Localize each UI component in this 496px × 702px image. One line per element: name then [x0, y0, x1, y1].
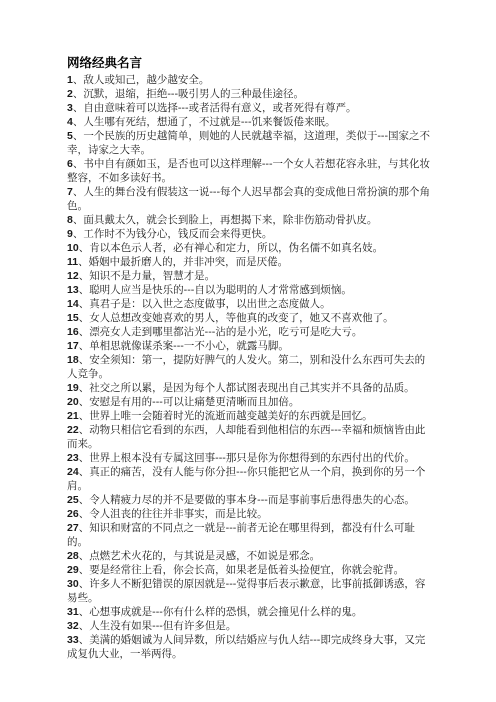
quote-text: 社交之所以累，是因为每个人都试图表现出自己其实并不具备的品质。 — [89, 382, 415, 394]
quote-separator: 、 — [79, 242, 90, 254]
quote-text: 工作时不为钱分心，钱反而会来得更快。 — [83, 228, 272, 240]
quote-item: 21、世界上唯一会随着时光的流逝而越变越美好的东西就是回忆。 — [67, 409, 432, 423]
quote-number: 22 — [67, 424, 79, 436]
quote-separator: 、 — [73, 186, 84, 198]
quote-text: 肯以本色示人者，必有禅心和定力，所以，伪名儒不如真名妓。 — [89, 242, 383, 254]
quote-separator: 、 — [79, 396, 90, 408]
quote-number: 28 — [67, 550, 79, 562]
quote-item: 33、美满的婚姻诚为人间异数，所以结婚应与仇人结---即完成终身大事，又完成复仇… — [67, 633, 432, 661]
quote-separator: 、 — [79, 340, 90, 352]
quote-item: 7、人生的舞台没有假装这一说---每个人迟早都会真的变成他日常扮演的那个角色。 — [67, 185, 432, 213]
quote-item: 8、面具戴太久，就会长到脸上，再想揭下来，除非伤筋动骨扒皮。 — [67, 213, 432, 227]
quote-separator: 、 — [79, 284, 90, 296]
quote-separator: 、 — [79, 578, 90, 590]
quote-separator: 、 — [79, 326, 90, 338]
quote-separator: 、 — [79, 382, 90, 394]
quote-number: 14 — [67, 298, 79, 310]
quote-item: 6、书中自有颜如玉，是否也可以这样理解---一个女人若想花容永驻，与其化妆整容，… — [67, 157, 432, 185]
quote-item: 25、令人精疲力尽的并不是要做的事本身---而是事前事后患得患失的心态。 — [67, 493, 432, 507]
quote-separator: 、 — [79, 634, 90, 646]
quote-item: 9、工作时不为钱分心，钱反而会来得更快。 — [67, 227, 432, 241]
quote-item: 28、点燃艺术火花的，与其说是灵感，不如说是邪念。 — [67, 549, 432, 563]
quote-separator: 、 — [79, 354, 90, 366]
quote-number: 33 — [67, 634, 79, 646]
quote-number: 31 — [67, 606, 79, 618]
quote-item: 18、安全须知：第一，提防好脾气的人发火。第二，别和没什么东西可失去的人竞争。 — [67, 353, 432, 381]
quote-item: 10、肯以本色示人者，必有禅心和定力，所以，伪名儒不如真名妓。 — [67, 241, 432, 255]
quote-item: 2、沉默，退缩，拒绝---吸引男人的三种最佳途径。 — [67, 87, 432, 101]
quote-text: 自由意味着可以选择---或者活得有意义，或者死得有尊严。 — [83, 102, 356, 114]
quote-separator: 、 — [79, 410, 90, 422]
quote-number: 18 — [67, 354, 79, 366]
quote-item: 1、敌人或知己，越少越安全。 — [67, 73, 432, 87]
quote-number: 29 — [67, 564, 79, 576]
quote-item: 15、女人总想改变她喜欢的男人，等他真的改变了，她又不喜欢他了。 — [67, 311, 432, 325]
quote-item: 24、真正的痛苦，没有人能与你分担---你只能把它从一个肩，换到你的另一个肩。 — [67, 465, 432, 493]
quote-text: 美满的婚姻诚为人间异数，所以结婚应与仇人结---即完成终身大事，又完成复仇大业，… — [67, 634, 425, 660]
quote-separator: 、 — [79, 452, 90, 464]
quote-text: 令人精疲力尽的并不是要做的事本身---而是事前事后患得患失的心态。 — [89, 494, 415, 506]
quote-separator: 、 — [79, 522, 90, 534]
quote-text: 世界上唯一会随着时光的流逝而越变越美好的东西就是回忆。 — [89, 410, 373, 422]
quote-number: 27 — [67, 522, 79, 534]
quote-number: 12 — [67, 270, 79, 282]
quote-text: 人生哪有死结，想通了，不过就是---饥来餐饭倦来眠。 — [83, 116, 335, 128]
quote-number: 32 — [67, 620, 79, 632]
quote-item: 5、一个民族的历史越简单，则她的人民就越幸福，这道理，类似于---国家之不幸，诗… — [67, 129, 432, 157]
quote-item: 23、世界上根本没有专属这回事---那只是你为你想得到的东西付出的代价。 — [67, 451, 432, 465]
quote-text: 安全须知：第一，提防好脾气的人发火。第二，别和没什么东西可失去的人竞争。 — [67, 354, 425, 380]
quote-text: 人生没有如果---但有许多但是。 — [89, 620, 236, 632]
quote-item: 22、动物只相信它看到的东西，人却能看到他相信的东西---幸福和烦恼皆由此而来。 — [67, 423, 432, 451]
quote-text: 面具戴太久，就会长到脸上，再想揭下来，除非伤筋动骨扒皮。 — [83, 214, 377, 226]
quote-separator: 、 — [73, 228, 84, 240]
quote-separator: 、 — [79, 508, 90, 520]
quote-separator: 、 — [73, 102, 84, 114]
quote-item: 4、人生哪有死结，想通了，不过就是---饥来餐饭倦来眠。 — [67, 115, 432, 129]
quote-item: 12、知识不是力量，智慧才是。 — [67, 269, 432, 283]
quote-text: 单相思就像谋杀案---一不小心，就露马脚。 — [89, 340, 289, 352]
quote-text: 点燃艺术火花的，与其说是灵感，不如说是邪念。 — [89, 550, 320, 562]
quote-item: 26、令人沮丧的往往并非事实，而是比较。 — [67, 507, 432, 521]
quote-text: 知识不是力量，智慧才是。 — [89, 270, 215, 282]
quote-separator: 、 — [79, 424, 90, 436]
quote-item: 27、知识和财富的不同点之一就是---前者无论在哪里得到，都没有什么可耻的。 — [67, 521, 432, 549]
document-page: 网络经典名言 1、敌人或知己，越少越安全。 2、沉默，退缩，拒绝---吸引男人的… — [0, 0, 496, 702]
quote-number: 20 — [67, 396, 79, 408]
quote-text: 安慰是有用的---可以让痛楚更清晰而且加倍。 — [89, 396, 299, 408]
quote-separator: 、 — [73, 130, 84, 142]
quote-text: 婚姻中最折磨人的，并非冲突，而是厌倦。 — [89, 256, 289, 268]
quote-text: 人生的舞台没有假装这一说---每个人迟早都会真的变成他日常扮演的那个角色。 — [67, 186, 430, 212]
quote-item: 17、单相思就像谋杀案---一不小心，就露马脚。 — [67, 339, 432, 353]
page-title: 网络经典名言 — [67, 55, 432, 70]
quote-number: 23 — [67, 452, 79, 464]
quote-separator: 、 — [79, 564, 90, 576]
quote-separator: 、 — [79, 270, 90, 282]
quote-text: 要是经常往上看，你会长高，如果老是低着头捡便宜，你就会驼背。 — [89, 564, 404, 576]
quote-text: 敌人或知己，越少越安全。 — [83, 74, 209, 86]
quote-number: 30 — [67, 578, 79, 590]
quote-text: 真正的痛苦，没有人能与你分担---你只能把它从一个肩，换到你的另一个肩。 — [67, 466, 425, 492]
quote-number: 17 — [67, 340, 79, 352]
quote-item: 14、真君子是：以入世之态度做事，以出世之态度做人。 — [67, 297, 432, 311]
quote-number: 24 — [67, 466, 79, 478]
quote-separator: 、 — [73, 158, 84, 170]
quote-number: 19 — [67, 382, 79, 394]
quote-number: 25 — [67, 494, 79, 506]
quote-number: 16 — [67, 326, 79, 338]
quote-item: 13、聪明人应当是快乐的---自以为聪明的人才常常感到烦恼。 — [67, 283, 432, 297]
quote-item: 20、安慰是有用的---可以让痛楚更清晰而且加倍。 — [67, 395, 432, 409]
quote-text: 聪明人应当是快乐的---自以为聪明的人才常常感到烦恼。 — [89, 284, 352, 296]
quote-text: 心想事成就是---你有什么样的恐惧，就会撞见什么样的鬼。 — [89, 606, 362, 618]
quote-number: 10 — [67, 242, 79, 254]
quote-text: 动物只相信它看到的东西，人却能看到他相信的东西---幸福和烦恼皆由此而来。 — [67, 424, 425, 450]
quote-separator: 、 — [79, 620, 90, 632]
quote-list: 1、敌人或知己，越少越安全。 2、沉默，退缩，拒绝---吸引男人的三种最佳途径。… — [67, 73, 432, 661]
quote-item: 29、要是经常往上看，你会长高，如果老是低着头捡便宜，你就会驼背。 — [67, 563, 432, 577]
quote-text: 世界上根本没有专属这回事---那只是你为你想得到的东西付出的代价。 — [89, 452, 415, 464]
quote-number: 26 — [67, 508, 79, 520]
quote-number: 15 — [67, 312, 79, 324]
quote-text: 沉默，退缩，拒绝---吸引男人的三种最佳途径。 — [83, 88, 304, 100]
quote-number: 21 — [67, 410, 79, 422]
quote-separator: 、 — [79, 550, 90, 562]
quote-number: 11 — [67, 256, 78, 268]
quote-text: 漂亮女人走到哪里都沾光---沾的是小光，吃亏可是吃大亏。 — [89, 326, 362, 338]
quote-separator: 、 — [79, 312, 90, 324]
quote-separator: 、 — [73, 88, 84, 100]
quote-item: 30、许多人不断犯错误的原因就是---觉得事后表示歉意，比事前抵御诱惑，容易些。 — [67, 577, 432, 605]
quote-item: 31、心想事成就是---你有什么样的恐惧，就会撞见什么样的鬼。 — [67, 605, 432, 619]
quote-separator: 、 — [79, 606, 90, 618]
quote-text: 令人沮丧的往往并非事实，而是比较。 — [89, 508, 268, 520]
quote-text: 一个民族的历史越简单，则她的人民就越幸福，这道理，类似于---国家之不幸，诗家之… — [67, 130, 430, 156]
quote-separator: 、 — [79, 298, 90, 310]
quote-item: 3、自由意味着可以选择---或者活得有意义，或者死得有尊严。 — [67, 101, 432, 115]
quote-text: 女人总想改变她喜欢的男人，等他真的改变了，她又不喜欢他了。 — [89, 312, 394, 324]
quote-text: 许多人不断犯错误的原因就是---觉得事后表示歉意，比事前抵御诱惑，容易些。 — [67, 578, 425, 604]
quote-separator: 、 — [79, 494, 90, 506]
quote-number: 13 — [67, 284, 79, 296]
quote-text: 真君子是：以入世之态度做事，以出世之态度做人。 — [89, 298, 331, 310]
quote-item: 32、人生没有如果---但有许多但是。 — [67, 619, 432, 633]
quote-separator: 、 — [79, 466, 90, 478]
quote-separator: 、 — [73, 74, 84, 86]
quote-text: 知识和财富的不同点之一就是---前者无论在哪里得到，都没有什么可耻的。 — [67, 522, 415, 548]
quote-item: 11、婚姻中最折磨人的，并非冲突，而是厌倦。 — [67, 255, 432, 269]
quote-separator: 、 — [73, 116, 84, 128]
quote-separator: 、 — [78, 256, 89, 268]
quote-item: 16、漂亮女人走到哪里都沾光---沾的是小光，吃亏可是吃大亏。 — [67, 325, 432, 339]
quote-separator: 、 — [73, 214, 84, 226]
quote-item: 19、社交之所以累，是因为每个人都试图表现出自己其实并不具备的品质。 — [67, 381, 432, 395]
quote-text: 书中自有颜如玉，是否也可以这样理解---一个女人若想花容永驻，与其化妆整容，不如… — [67, 158, 430, 184]
